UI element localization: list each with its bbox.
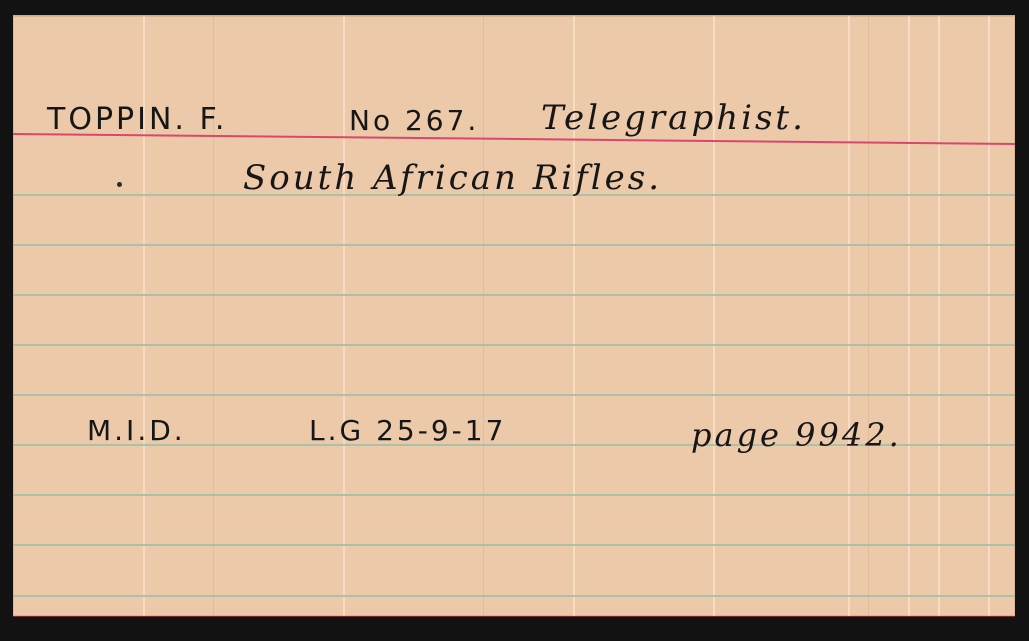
ruled-line bbox=[13, 544, 1015, 546]
ruled-line bbox=[13, 294, 1015, 296]
paper-texture bbox=[908, 16, 910, 616]
gazette-reference: L.G 25-9-17 bbox=[309, 414, 506, 447]
paper-texture bbox=[848, 16, 850, 616]
surname-initial: TOPPIN. F. bbox=[47, 102, 227, 137]
ruled-line bbox=[13, 344, 1015, 346]
award: M.I.D. bbox=[87, 414, 186, 447]
ruled-line bbox=[13, 494, 1015, 496]
service-number: No 267. bbox=[349, 104, 479, 137]
paper-texture bbox=[868, 16, 869, 616]
paper-texture bbox=[988, 16, 990, 616]
ruled-line bbox=[13, 244, 1015, 246]
paper-texture bbox=[938, 16, 940, 616]
ruled-line bbox=[13, 595, 1015, 597]
gazette-page: page 9942. bbox=[691, 416, 902, 454]
paper-texture bbox=[343, 16, 345, 616]
ink-dot bbox=[117, 182, 122, 187]
index-card: TOPPIN. F. No 267. Telegraphist. South A… bbox=[13, 15, 1015, 617]
rank: Telegraphist. bbox=[541, 98, 806, 138]
ruled-line bbox=[13, 394, 1015, 396]
paper-texture bbox=[483, 16, 484, 616]
unit: South African Rifles. bbox=[243, 158, 662, 198]
